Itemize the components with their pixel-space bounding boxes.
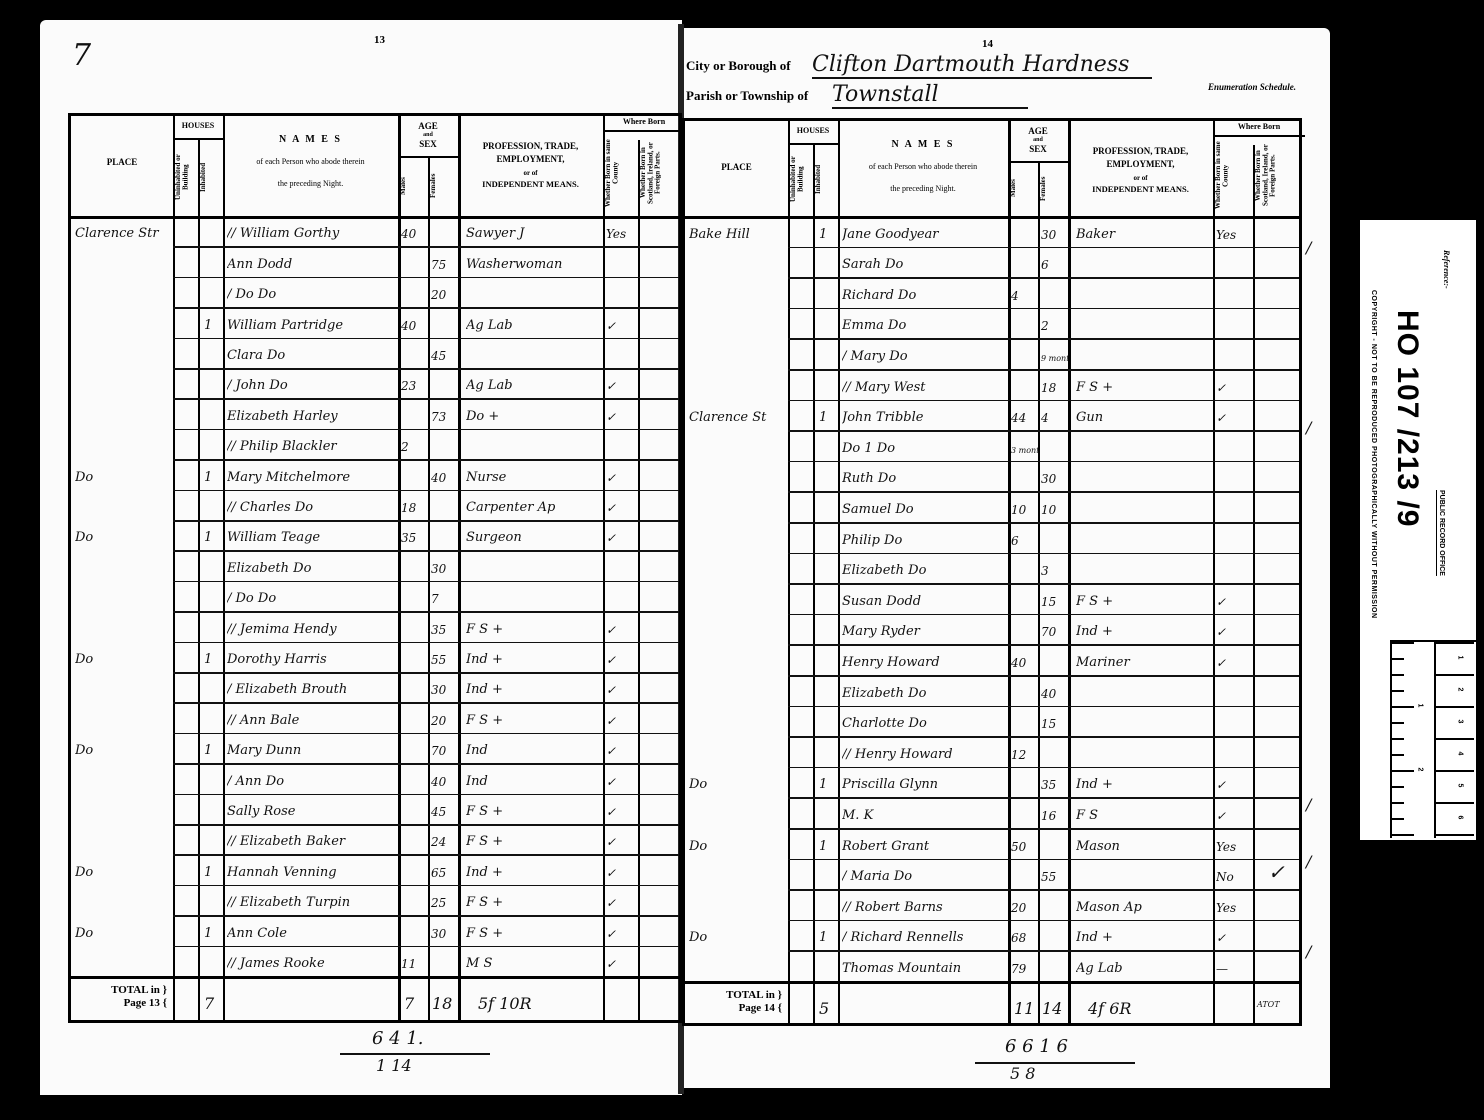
place-cell: Do bbox=[75, 471, 171, 484]
place-cell: Do bbox=[75, 653, 171, 666]
scale-tick bbox=[1434, 738, 1474, 740]
name-cell: M. K bbox=[842, 809, 1008, 822]
profession-cell: Baker bbox=[1076, 228, 1213, 241]
female-age-cell: 70 bbox=[431, 745, 458, 757]
name-cell: Ruth Do bbox=[842, 472, 1008, 485]
name-cell: John Tribble bbox=[842, 411, 1008, 424]
name-cell: / Maria Do bbox=[842, 870, 1008, 883]
margin-tick: / bbox=[1306, 942, 1311, 961]
header-age: AGE bbox=[1008, 127, 1068, 136]
name-cell: / Do Do bbox=[227, 592, 398, 605]
header-prof1: PROFESSION, TRADE, bbox=[458, 140, 603, 154]
header-rule bbox=[603, 130, 685, 132]
census-row: Do 1 Do3 months bbox=[685, 430, 1299, 461]
scale-tick bbox=[1434, 802, 1474, 804]
margin-check: ✓ bbox=[1268, 860, 1285, 884]
name-cell: // Jemima Hendy bbox=[227, 623, 398, 636]
record-office-label: PUBLIC RECORD OFFICE bbox=[1438, 490, 1445, 576]
corner-mark: 7 bbox=[72, 38, 91, 73]
female-age-cell: 30 bbox=[431, 684, 458, 696]
male-age-cell: 40 bbox=[401, 320, 428, 332]
header-where-born: Where Born bbox=[603, 116, 685, 128]
born-county-cell: ✓ bbox=[1216, 810, 1253, 822]
inhabited-cell: 1 bbox=[204, 531, 223, 544]
male-age-cell: 11 bbox=[401, 958, 428, 970]
male-age-cell: 44 bbox=[1011, 412, 1038, 424]
female-age-cell: 73 bbox=[431, 411, 458, 423]
left-tally-line1: 6 4 1. bbox=[372, 1028, 424, 1049]
female-age-cell: 30 bbox=[1041, 229, 1068, 241]
male-age-cell: 23 bbox=[401, 380, 428, 392]
female-age-cell: 65 bbox=[431, 867, 458, 879]
female-age-cell: 55 bbox=[431, 654, 458, 666]
male-age-cell: 50 bbox=[1011, 841, 1038, 853]
header-born-county: Whether Born in same County bbox=[1215, 139, 1251, 212]
left-page-number: 13 bbox=[374, 34, 385, 46]
profession-cell: Carpenter Ap bbox=[466, 501, 603, 514]
profession-cell: Ind + bbox=[466, 653, 603, 666]
header-prof3: or of bbox=[1068, 173, 1213, 184]
parish-value: Townstall bbox=[832, 82, 1028, 109]
name-cell: Robert Grant bbox=[842, 840, 1008, 853]
scale-tick bbox=[1434, 642, 1474, 644]
born-county-cell: ✓ bbox=[606, 836, 638, 848]
census-row: Bake Hill1Jane Goodyear30BakerYes bbox=[685, 216, 1299, 247]
scale-tick bbox=[1392, 786, 1404, 788]
female-age-cell: 30 bbox=[431, 928, 458, 940]
header-rule bbox=[398, 156, 458, 158]
place-cell: Bake Hill bbox=[689, 228, 786, 241]
census-row: Do1Ann Cole30F S +✓ bbox=[71, 915, 679, 945]
born-county-cell: Yes bbox=[1216, 229, 1253, 241]
male-age-cell: 2 bbox=[401, 441, 428, 453]
copyright-notice: COPYRIGHT - NOT TO BE REPRODUCED PHOTOGR… bbox=[1370, 290, 1377, 619]
place-cell: Clarence St bbox=[689, 411, 786, 424]
census-row: Elizabeth Do40 bbox=[685, 675, 1299, 706]
profession-cell: Do + bbox=[466, 410, 603, 423]
born-county-cell: ✓ bbox=[606, 745, 638, 757]
name-cell: Dorothy Harris bbox=[227, 653, 398, 666]
city-value: Clifton Dartmouth Hardness bbox=[812, 52, 1152, 79]
name-cell: Ann Dodd bbox=[227, 258, 398, 271]
name-cell: // Philip Blackler bbox=[227, 440, 398, 453]
born-county-cell: No bbox=[1216, 871, 1253, 883]
name-cell: Henry Howard bbox=[842, 656, 1008, 669]
profession-cell: F S + bbox=[1076, 381, 1213, 394]
born-county-cell: ✓ bbox=[606, 806, 638, 818]
born-county-cell: ✓ bbox=[1216, 596, 1253, 608]
scale-tick bbox=[1434, 706, 1474, 708]
total-inhabited: 7 bbox=[204, 996, 214, 1012]
census-row: Sally Rose45F S +✓ bbox=[71, 794, 679, 824]
name-cell: // William Gorthy bbox=[227, 227, 398, 240]
name-cell: // Mary West bbox=[842, 381, 1008, 394]
reference-number: HO 107 /213 /9 bbox=[1390, 310, 1424, 527]
born-county-cell: ✓ bbox=[606, 958, 638, 970]
margin-tick: / bbox=[1306, 238, 1311, 257]
inhabited-cell: 1 bbox=[819, 228, 838, 241]
name-cell: Philip Do bbox=[842, 534, 1008, 547]
inhabited-cell: 1 bbox=[819, 411, 838, 424]
header-rule bbox=[788, 143, 838, 145]
header-prof1: PROFESSION, TRADE, bbox=[1068, 145, 1213, 159]
name-cell: // Elizabeth Turpin bbox=[227, 896, 398, 909]
header-males: Males bbox=[1010, 165, 1036, 212]
census-row: / Do Do7 bbox=[71, 581, 679, 611]
name-cell: Charlotte Do bbox=[842, 717, 1008, 730]
census-row: Mary Ryder70Ind +✓ bbox=[685, 614, 1299, 645]
profession-cell: Washerwoman bbox=[466, 258, 603, 271]
male-age-cell: 68 bbox=[1011, 932, 1038, 944]
census-row: Henry Howard40Mariner✓ bbox=[685, 644, 1299, 675]
born-county-cell: ✓ bbox=[606, 320, 638, 332]
born-county-cell: ✓ bbox=[606, 928, 638, 940]
census-row: // Ann Bale20F S +✓ bbox=[71, 702, 679, 732]
header-place: PLACE bbox=[71, 156, 173, 170]
born-county-cell: ✓ bbox=[606, 380, 638, 392]
scale-divider bbox=[1434, 642, 1436, 838]
name-cell: William Teage bbox=[227, 531, 398, 544]
name-cell: / Ann Do bbox=[227, 775, 398, 788]
profession-cell: F S + bbox=[466, 835, 603, 848]
scale-tick bbox=[1392, 706, 1414, 708]
census-row: Clarence St1John Tribble444Gun✓ bbox=[685, 400, 1299, 431]
female-age-cell: 15 bbox=[1041, 718, 1068, 730]
female-age-cell: 75 bbox=[431, 259, 458, 271]
scale-cm-label: 6 bbox=[1456, 816, 1463, 820]
census-row: Thomas Mountain79Ag Lab— bbox=[685, 950, 1299, 981]
scale-tick bbox=[1392, 770, 1414, 772]
place-cell: Do bbox=[75, 531, 171, 544]
name-cell: Elizabeth Do bbox=[227, 562, 398, 575]
place-cell: Do bbox=[75, 927, 171, 940]
census-row: Clarence Str// William Gorthy40Sawyer JY… bbox=[71, 216, 679, 246]
header-sex: SEX bbox=[1008, 145, 1068, 154]
header-females: Females bbox=[1040, 165, 1066, 212]
census-row: Do1Mary Dunn70Ind✓ bbox=[71, 733, 679, 763]
place-cell: Do bbox=[689, 778, 786, 791]
female-age-cell: 10 bbox=[1041, 504, 1068, 516]
profession-cell: Ind bbox=[466, 744, 603, 757]
left-census-table: PLACEHOUSESN A M E Sof each Person who a… bbox=[68, 113, 682, 1023]
scale-tick bbox=[1392, 738, 1404, 740]
profession-cell: Ag Lab bbox=[466, 319, 603, 332]
place-cell: Do bbox=[75, 744, 171, 757]
total-label-line2: Page 14 { bbox=[689, 1002, 782, 1014]
header-rule bbox=[1008, 161, 1068, 163]
header-names-sub1: of each Person who abode therein bbox=[223, 156, 398, 168]
header-names-sub2: the preceding Night. bbox=[223, 178, 398, 190]
female-age-cell: 18 bbox=[1041, 382, 1068, 394]
profession-cell: Ag Lab bbox=[1076, 962, 1213, 975]
female-age-cell: 9 months bbox=[1041, 355, 1068, 363]
born-county-cell: ✓ bbox=[606, 411, 638, 423]
male-age-cell: 35 bbox=[401, 532, 428, 544]
inhabited-cell: 1 bbox=[204, 653, 223, 666]
name-cell: / John Do bbox=[227, 379, 398, 392]
name-cell: Mary Dunn bbox=[227, 744, 398, 757]
born-county-cell: ✓ bbox=[606, 624, 638, 636]
header-uninhabited: Uninhabited or Building bbox=[790, 147, 811, 212]
scale-tick bbox=[1434, 834, 1474, 836]
inhabited-cell: 1 bbox=[204, 927, 223, 940]
female-age-cell: 20 bbox=[431, 289, 458, 301]
born-county-cell: ✓ bbox=[606, 654, 638, 666]
census-row: // Elizabeth Turpin25F S +✓ bbox=[71, 885, 679, 915]
reference-label: Reference:- bbox=[1442, 250, 1451, 289]
census-row: // Philip Blackler2 bbox=[71, 429, 679, 459]
header-prof2: EMPLOYMENT, bbox=[1068, 158, 1213, 172]
census-row: Do1Robert Grant50MasonYes bbox=[685, 828, 1299, 859]
totals-rule bbox=[685, 981, 1299, 984]
place-cell: Do bbox=[75, 866, 171, 879]
total-abroad: ATOT bbox=[1257, 1001, 1280, 1009]
header-sex: SEX bbox=[398, 140, 458, 149]
name-cell: // Ann Bale bbox=[227, 714, 398, 727]
inhabited-cell: 1 bbox=[819, 778, 838, 791]
total-males: 7 bbox=[404, 996, 414, 1012]
scale-inch-label: 2 bbox=[1416, 768, 1423, 772]
header-age-and: and bbox=[1008, 137, 1068, 143]
born-county-cell: ✓ bbox=[606, 715, 638, 727]
born-county-cell: ✓ bbox=[606, 502, 638, 514]
profession-cell: Mason bbox=[1076, 840, 1213, 853]
profession-cell: Ind + bbox=[1076, 625, 1213, 638]
female-age-cell: 55 bbox=[1041, 871, 1068, 883]
census-row: Elizabeth Do30 bbox=[71, 550, 679, 580]
total-females: 14 bbox=[1042, 1001, 1062, 1017]
male-age-cell: 4 bbox=[1011, 290, 1038, 302]
profession-cell: F S + bbox=[466, 714, 603, 727]
census-row: Sarah Do6 bbox=[685, 247, 1299, 278]
scale-tick bbox=[1434, 674, 1474, 676]
profession-cell: Sawyer J bbox=[466, 227, 603, 240]
name-cell: // Elizabeth Baker bbox=[227, 835, 398, 848]
male-age-cell: 6 bbox=[1011, 535, 1038, 547]
total-profession: 5f 10R bbox=[478, 996, 532, 1012]
scale-cm-label: 5 bbox=[1456, 784, 1463, 788]
profession-cell: F S + bbox=[466, 927, 603, 940]
name-cell: // Charles Do bbox=[227, 501, 398, 514]
parish-label: Parish or Township of bbox=[686, 88, 808, 104]
female-age-cell: 30 bbox=[431, 563, 458, 575]
male-age-cell: 20 bbox=[1011, 902, 1038, 914]
census-row: Do1William Teage35Surgeon✓ bbox=[71, 520, 679, 550]
female-age-cell: 6 bbox=[1041, 259, 1068, 271]
census-row: / John Do23Ag Lab✓ bbox=[71, 368, 679, 398]
female-age-cell: 25 bbox=[431, 897, 458, 909]
inhabited-cell: 1 bbox=[204, 744, 223, 757]
margin-tick: / bbox=[1306, 795, 1311, 814]
scale-tick bbox=[1392, 658, 1404, 660]
name-cell: Richard Do bbox=[842, 289, 1008, 302]
census-row: Charlotte Do15 bbox=[685, 706, 1299, 737]
name-cell: Elizabeth Harley bbox=[227, 410, 398, 423]
female-age-cell: 35 bbox=[1041, 779, 1068, 791]
born-county-cell: — bbox=[1216, 963, 1253, 975]
header-born-abroad: Whether Born in Scotland, Ireland, or Fo… bbox=[640, 134, 677, 212]
census-row: Ruth Do30 bbox=[685, 461, 1299, 492]
header-houses: HOUSES bbox=[173, 120, 223, 132]
measurement-scale: 12345612 bbox=[1390, 640, 1476, 838]
right-tally-line2: 5 8 bbox=[1010, 1064, 1035, 1083]
census-row: Do1/ Richard Rennells68Ind +✓ bbox=[685, 920, 1299, 951]
census-row: / Ann Do40Ind✓ bbox=[71, 763, 679, 793]
profession-cell: M S bbox=[466, 957, 603, 970]
census-row: / Elizabeth Brouth30Ind +✓ bbox=[71, 672, 679, 702]
total-label-line2: Page 13 { bbox=[75, 997, 167, 1009]
female-age-cell: 3 bbox=[1041, 565, 1068, 577]
male-age-cell: 79 bbox=[1011, 963, 1038, 975]
place-cell: Do bbox=[689, 840, 786, 853]
inhabited-cell: 1 bbox=[819, 840, 838, 853]
born-county-cell: ✓ bbox=[606, 867, 638, 879]
female-age-cell: 45 bbox=[431, 350, 458, 362]
header-prof4: INDEPENDENT MEANS. bbox=[1068, 183, 1213, 196]
profession-cell: F S + bbox=[466, 896, 603, 909]
place-cell: Do bbox=[689, 931, 786, 944]
census-row: // Jemima Hendy35F S +✓ bbox=[71, 611, 679, 641]
female-age-cell: 45 bbox=[431, 806, 458, 818]
scale-tick bbox=[1392, 818, 1404, 820]
inhabited-cell: 1 bbox=[204, 471, 223, 484]
census-row: Richard Do4 bbox=[685, 277, 1299, 308]
profession-cell: Ind + bbox=[1076, 778, 1213, 791]
name-cell: Elizabeth Do bbox=[842, 564, 1008, 577]
total-profession: 4f 6R bbox=[1088, 1001, 1131, 1017]
scale-tick bbox=[1392, 642, 1414, 644]
header-prof4: INDEPENDENT MEANS. bbox=[458, 178, 603, 191]
total-label-line1: TOTAL in } bbox=[75, 984, 167, 996]
scale-cm-label: 3 bbox=[1456, 720, 1463, 724]
header-rule bbox=[173, 138, 223, 140]
name-cell: // Henry Howard bbox=[842, 748, 1008, 761]
census-row: // Charles Do18Carpenter Ap✓ bbox=[71, 490, 679, 520]
born-county-cell: ✓ bbox=[1216, 412, 1253, 424]
female-age-cell: 15 bbox=[1041, 596, 1068, 608]
census-row: Susan Dodd15F S +✓ bbox=[685, 583, 1299, 614]
profession-cell: F S + bbox=[466, 623, 603, 636]
born-county-cell: Yes bbox=[1216, 841, 1253, 853]
name-cell: Do 1 Do bbox=[842, 442, 1008, 455]
female-age-cell: 40 bbox=[431, 472, 458, 484]
census-row: // Robert Barns20Mason ApYes bbox=[685, 889, 1299, 920]
profession-cell: Surgeon bbox=[466, 531, 603, 544]
census-row: Do1Dorothy Harris55Ind +✓ bbox=[71, 642, 679, 672]
name-cell: Hannah Venning bbox=[227, 866, 398, 879]
inhabited-cell: 1 bbox=[819, 931, 838, 944]
inhabited-cell: 1 bbox=[204, 866, 223, 879]
female-age-cell: 70 bbox=[1041, 626, 1068, 638]
profession-cell: Ind bbox=[466, 775, 603, 788]
inhabited-cell: 1 bbox=[204, 319, 223, 332]
scale-tick bbox=[1392, 802, 1404, 804]
name-cell: Thomas Mountain bbox=[842, 962, 1008, 975]
name-cell: Clara Do bbox=[227, 349, 398, 362]
margin-tick: / bbox=[1306, 418, 1311, 437]
left-tally-rule bbox=[340, 1053, 490, 1055]
scale-tick bbox=[1392, 754, 1404, 756]
name-cell: Samuel Do bbox=[842, 503, 1008, 516]
female-age-cell: 35 bbox=[431, 624, 458, 636]
born-county-cell: ✓ bbox=[1216, 932, 1253, 944]
census-row: // Mary West18F S +✓ bbox=[685, 369, 1299, 400]
header-rule bbox=[1213, 135, 1305, 137]
total-males: 11 bbox=[1014, 1001, 1034, 1017]
born-county-cell: ✓ bbox=[606, 897, 638, 909]
name-cell: / Do Do bbox=[227, 288, 398, 301]
name-cell: / Mary Do bbox=[842, 350, 1008, 363]
census-row: Emma Do2 bbox=[685, 308, 1299, 339]
city-label: City or Borough of bbox=[686, 58, 791, 74]
name-cell: / Richard Rennells bbox=[842, 931, 1008, 944]
female-age-cell: 30 bbox=[1041, 473, 1068, 485]
name-cell: Jane Goodyear bbox=[842, 228, 1008, 241]
born-county-cell: ✓ bbox=[1216, 779, 1253, 791]
name-cell: Mary Mitchelmore bbox=[227, 471, 398, 484]
born-county-cell: Yes bbox=[606, 228, 638, 240]
male-age-cell: 18 bbox=[401, 502, 428, 514]
scale-tick bbox=[1434, 770, 1474, 772]
header-prof3: or of bbox=[458, 168, 603, 179]
name-cell: William Partridge bbox=[227, 319, 398, 332]
enumeration-label: Enumeration Schedule. bbox=[1208, 82, 1296, 92]
male-age-cell: 12 bbox=[1011, 749, 1038, 761]
right-tally-line1: 6 6 1 6 bbox=[1005, 1036, 1068, 1057]
header-born-abroad: Whether Born in Scotland, Ireland, or Fo… bbox=[1255, 139, 1297, 212]
census-row: / Do Do20 bbox=[71, 277, 679, 307]
census-row: / Maria Do55No bbox=[685, 859, 1299, 890]
female-age-cell: 7 bbox=[431, 593, 458, 605]
name-cell: Sarah Do bbox=[842, 258, 1008, 271]
profession-cell: Nurse bbox=[466, 471, 603, 484]
right-census-table: PLACEHOUSESN A M E Sof each Person who a… bbox=[682, 118, 1302, 1026]
name-cell: Priscilla Glynn bbox=[842, 778, 1008, 791]
name-cell: Emma Do bbox=[842, 319, 1008, 332]
census-row: M. K16F S✓ bbox=[685, 797, 1299, 828]
census-row: Do1Priscilla Glynn35Ind +✓ bbox=[685, 767, 1299, 798]
profession-cell: Ag Lab bbox=[466, 379, 603, 392]
name-cell: // James Rooke bbox=[227, 957, 398, 970]
female-age-cell: 20 bbox=[431, 715, 458, 727]
census-row: Elizabeth Harley73Do +✓ bbox=[71, 398, 679, 428]
born-county-cell: ✓ bbox=[1216, 626, 1253, 638]
census-row: Elizabeth Do3 bbox=[685, 553, 1299, 584]
name-cell: / Elizabeth Brouth bbox=[227, 683, 398, 696]
census-row: Clara Do45 bbox=[71, 338, 679, 368]
profession-cell: Ind + bbox=[466, 683, 603, 696]
header-age-and: and bbox=[398, 132, 458, 138]
reference-strip: Reference:- HO 107 /213 /9 COPYRIGHT - N… bbox=[1358, 218, 1478, 842]
census-row: Do1Mary Mitchelmore40Nurse✓ bbox=[71, 459, 679, 489]
female-age-cell: 24 bbox=[431, 836, 458, 848]
scale-tick bbox=[1392, 834, 1414, 836]
scale-tick bbox=[1392, 674, 1404, 676]
census-row: Ann Dodd75Washerwoman bbox=[71, 246, 679, 276]
born-county-cell: ✓ bbox=[606, 532, 638, 544]
header-males: Males bbox=[400, 160, 426, 212]
census-row: // Henry Howard12 bbox=[685, 736, 1299, 767]
header-names: N A M E S bbox=[223, 132, 398, 147]
female-age-cell: 2 bbox=[1041, 320, 1068, 332]
female-age-cell: 40 bbox=[1041, 688, 1068, 700]
header-where-born: Where Born bbox=[1213, 121, 1305, 133]
header-uninhabited: Uninhabited or Building bbox=[175, 142, 196, 212]
female-age-cell: 40 bbox=[431, 776, 458, 788]
name-cell: Ann Cole bbox=[227, 927, 398, 940]
male-age-cell: 40 bbox=[1011, 657, 1038, 669]
total-inhabited: 5 bbox=[819, 1001, 829, 1017]
